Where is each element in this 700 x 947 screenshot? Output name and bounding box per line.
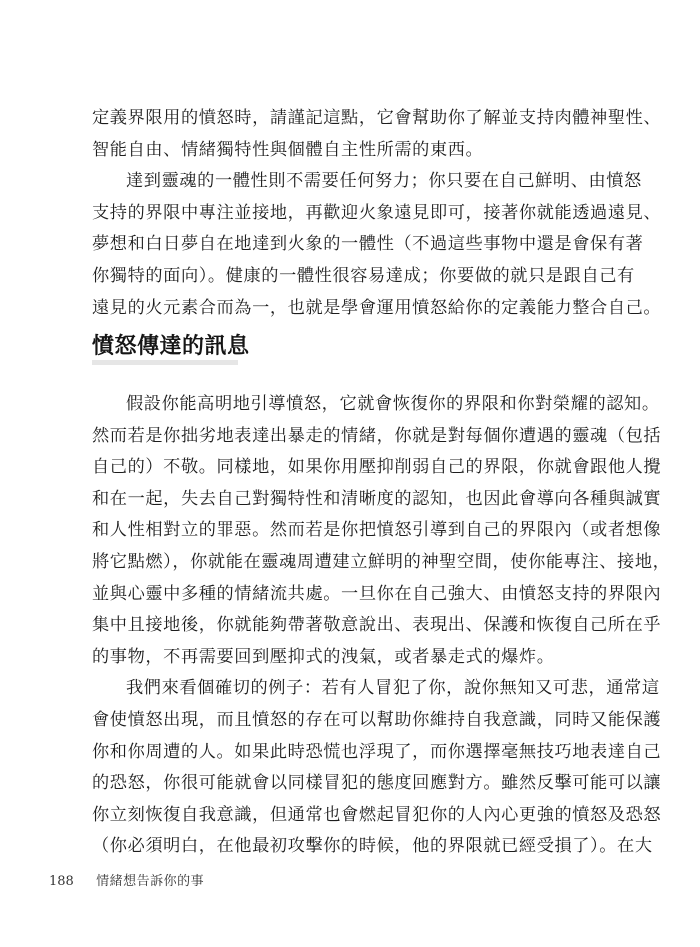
- text-line-paragraph-start: 我們來看個確切的例子：若有人冒犯了你，說你無知又可悲，通常這: [92, 673, 620, 705]
- text-line: 和在一起，失去自己對獨特性和清晰度的認知，也因此會導向各種與誠實: [92, 484, 620, 516]
- text-line: 自己的）不敬。同樣地，如果你用壓抑削弱自己的界限，你就會跟他人攪: [92, 452, 620, 484]
- text-line: 定義界限用的憤怒時，請謹記這點，它會幫助你了解並支持肉體神聖性、: [92, 103, 620, 135]
- running-title: 情緒想告訴你的事: [96, 870, 204, 889]
- page-number: 188: [49, 874, 92, 889]
- text-line: 的事物，不再需要回到壓抑式的洩氣，或者暴走式的爆炸。: [92, 642, 620, 674]
- book-page: 定義界限用的憤怒時，請謹記這點，它會幫助你了解並支持肉體神聖性、 智能自由、情緒…: [0, 0, 700, 947]
- text-line: 支持的界限中專注並接地，再歡迎火象遠見即可，接著你就能透過遠見、: [92, 198, 620, 230]
- text-line: 然而若是你拙劣地表達出暴走的情緒，你就是對每個你遭遇的靈魂（包括: [92, 421, 620, 453]
- text-line: 的恐怒，你很可能就會以同樣冒犯的態度回應對方。雖然反擊可能可以讓: [92, 768, 620, 800]
- text-line: 智能自由、情緒獨特性與個體自主性所需的東西。: [92, 135, 620, 167]
- text-line: 你獨特的面向）。健康的一體性很容易達成；你要做的就只是跟自己有: [92, 261, 620, 293]
- text-line: 夢想和白日夢自在地達到火象的一體性（不過這些事物中還是會保有著: [92, 229, 620, 261]
- body-text-section-1: 定義界限用的憤怒時，請謹記這點，它會幫助你了解並支持肉體神聖性、 智能自由、情緒…: [92, 103, 620, 324]
- text-line-paragraph-start: 達到靈魂的一體性則不需要任何努力；你只要在自己鮮明、由憤怒: [92, 166, 620, 198]
- text-line: （你必須明白，在他最初攻擊你的時候，他的界限就已經受損了）。在大: [92, 831, 620, 863]
- text-line: 將它點燃），你就能在靈魂周遭建立鮮明的神聖空間，使你能專注、接地，: [92, 547, 620, 579]
- body-text-section-2: 假設你能高明地引導憤怒，它就會恢復你的界限和你對榮耀的認知。 然而若是你拙劣地表…: [92, 389, 620, 863]
- page-footer: 188 情緒想告訴你的事: [49, 870, 204, 889]
- text-line: 你立刻恢復自我意識，但通常也會燃起冒犯你的人內心更強的憤怒及恐怒: [92, 800, 620, 832]
- text-line: 會使憤怒出現，而且憤怒的存在可以幫助你維持自我意識，同時又能保護: [92, 705, 620, 737]
- text-line: 和人性相對立的罪惡。然而若是你把憤怒引導到自己的界限內（或者想像: [92, 515, 620, 547]
- text-line: 你和你周遭的人。如果此時恐慌也浮現了，而你選擇毫無技巧地表達自己: [92, 737, 620, 769]
- text-line: 集中且接地後，你就能夠帶著敬意說出、表現出、保護和恢復自己所在乎: [92, 610, 620, 642]
- text-line: 並與心靈中多種的情緒流共處。一旦你在自己強大、由憤怒支持的界限內: [92, 579, 620, 611]
- section-heading: 憤怒傳達的訊息: [92, 331, 250, 363]
- text-line-paragraph-start: 假設你能高明地引導憤怒，它就會恢復你的界限和你對榮耀的認知。: [92, 389, 620, 421]
- text-line: 遠見的火元素合而為一，也就是學會運用憤怒給你的定義能力整合自己。: [92, 293, 620, 325]
